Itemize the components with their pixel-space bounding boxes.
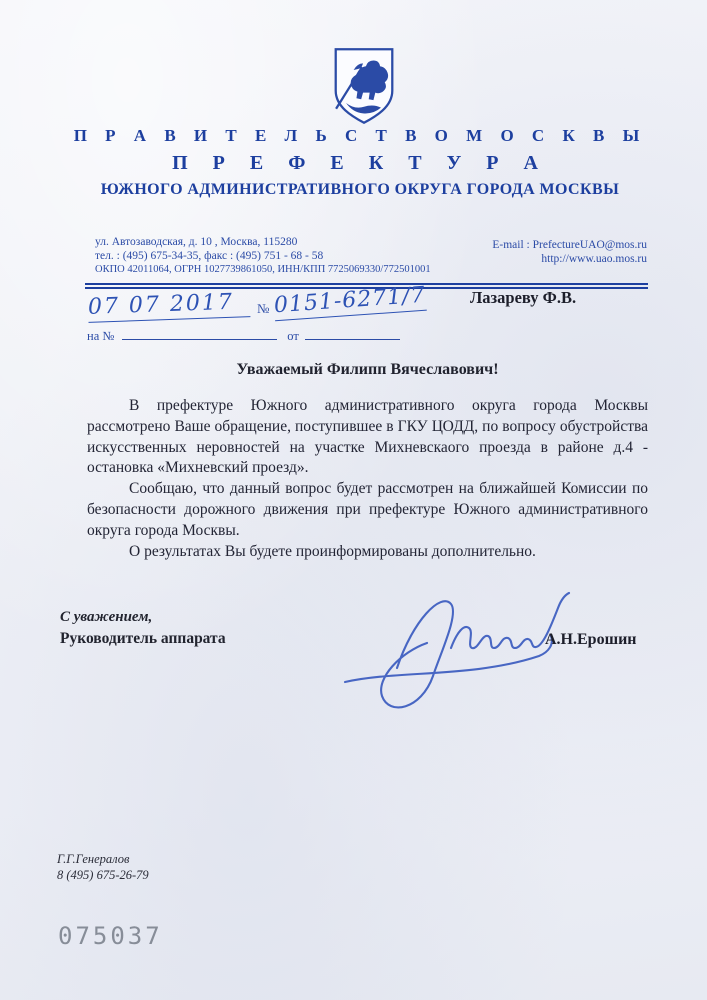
executor-phone: 8 (495) 675-26-79: [57, 868, 149, 884]
number-sign: №: [257, 301, 269, 317]
reply-reference-row: на №от: [87, 327, 400, 344]
registration-stamp-number: 075037: [58, 922, 163, 950]
header-prefecture: П Р Е Ф Е К Т У Р А: [30, 152, 690, 175]
contacts-email-block: E-mail : PrefectureUAO@mos.ru http://www…: [492, 238, 647, 266]
signer-role-title: Руководитель аппарата: [60, 630, 226, 648]
email-line: E-mail : PrefectureUAO@mos.ru: [492, 238, 647, 252]
website-line: http://www.uao.mos.ru: [492, 252, 647, 266]
paragraph-1: В префектуре Южного административного ок…: [87, 396, 648, 479]
salutation: Уважаемый Филипп Вячеславович!: [87, 361, 648, 379]
reply-from-label: от: [287, 329, 299, 343]
executor-block: Г.Г.Генералов 8 (495) 675-26-79: [57, 852, 149, 883]
reply-number-blank: [122, 327, 277, 340]
closing-phrase: С уважением,: [60, 609, 152, 626]
moscow-coat-of-arms-icon: [331, 46, 397, 126]
executor-name: Г.Г.Генералов: [57, 852, 149, 868]
scanned-letter-page: П Р А В И Т Е Л Ь С Т В О М О С К В Ы П …: [0, 0, 707, 1000]
paragraph-3: О результатах Вы будете проинформированы…: [87, 542, 648, 563]
handwritten-signature-icon: [343, 586, 571, 714]
letter-body: В префектуре Южного административного ок…: [87, 396, 648, 562]
handwritten-date: 07 07 2017: [88, 289, 251, 323]
signer-name: А.Н.Ерошин: [545, 631, 637, 649]
header-government: П Р А В И Т Е Л Ь С Т В О М О С К В Ы: [30, 126, 690, 146]
codes-line: ОКПО 42011064, ОГРН 1027739861050, ИНН/К…: [95, 263, 431, 277]
header-district: ЮЖНОГО АДМИНИСТРАТИВНОГО ОКРУГА ГОРОДА М…: [30, 181, 690, 199]
addressee-name: Лазареву Ф.В.: [470, 288, 576, 308]
paragraph-2: Сообщаю, что данный вопрос будет рассмот…: [87, 479, 648, 541]
address-line: ул. Автозаводская, д. 10 , Москва, 11528…: [95, 236, 431, 250]
phone-line: тел. : (495) 675-34-35, факс : (495) 751…: [95, 250, 431, 264]
reply-prefix-label: на №: [87, 329, 114, 343]
contacts-address-block: ул. Автозаводская, д. 10 , Москва, 11528…: [95, 236, 431, 277]
reply-date-blank: [305, 327, 400, 340]
